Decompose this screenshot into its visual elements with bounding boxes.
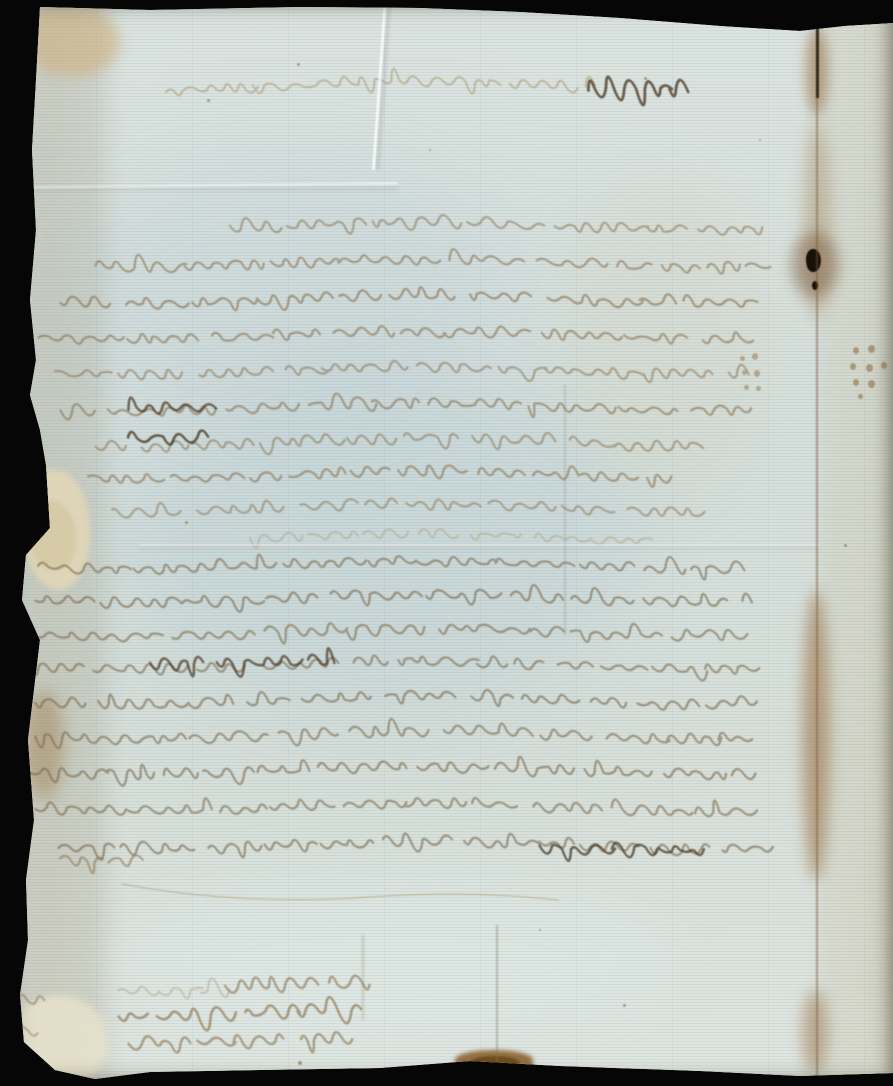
page-edge-vignette	[0, 0, 893, 1086]
scanner-background	[0, 0, 893, 1086]
manuscript-page	[0, 0, 893, 1086]
